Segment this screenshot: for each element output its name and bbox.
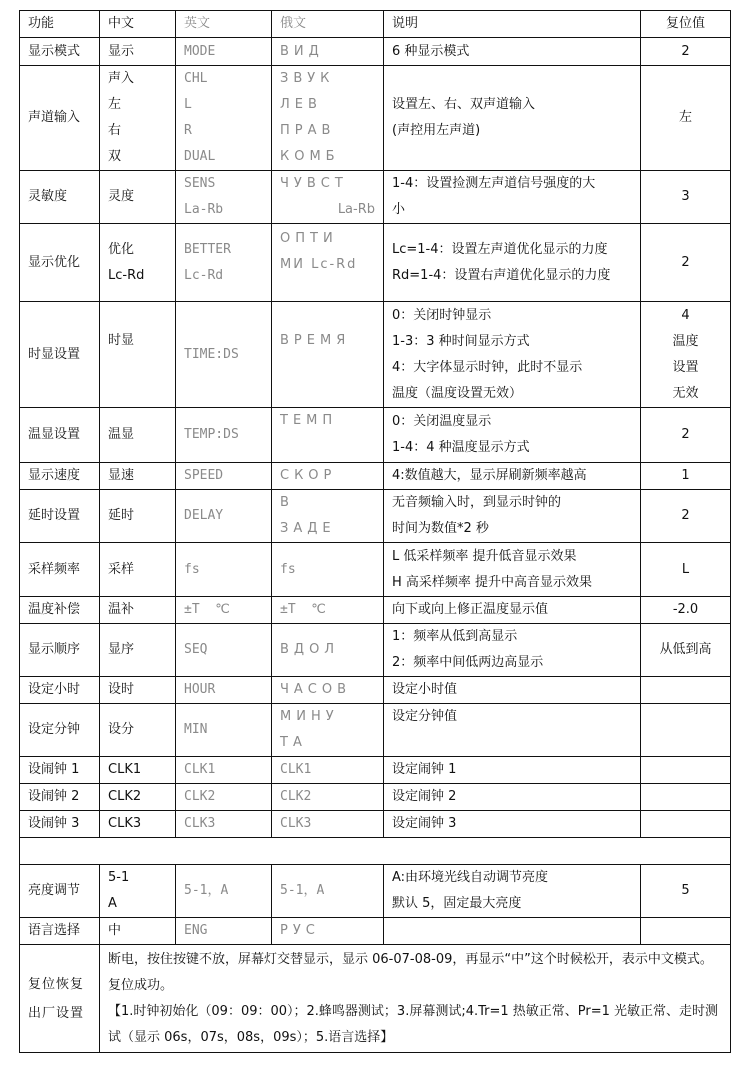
cell-func: 采样频率 <box>20 543 100 597</box>
cell-ru: ЧУВСТ La-Rb <box>272 171 384 224</box>
cell-reset: 3 <box>641 171 731 224</box>
cell-line: 设置左、右、双声道输入 <box>392 92 632 118</box>
cell-line: МИ Lc-Rd <box>280 252 375 278</box>
cell-reset: 2 <box>641 224 731 302</box>
cell-reset <box>641 811 731 838</box>
factory-reset-row: 复位恢复 出厂设置 断电，按住按键不放，屏幕灯交替显示，显示 06-07-08-… <box>20 945 731 1053</box>
table-row: 延时设置 延时 DELAY В ЗАДЕ 无音频输入时，到显示时钟的 时间为数值… <box>20 490 731 543</box>
cell-cn: 采样 <box>100 543 176 597</box>
cell-cn: 延时 <box>100 490 176 543</box>
cell-reset: 5 <box>641 865 731 918</box>
cell-desc: 0：关闭时钟显示 1-3：3 种时间显示方式 4：大字体显示时钟，此时不显示 温… <box>384 302 641 408</box>
cell-func: 显示顺序 <box>20 624 100 677</box>
cell-en: SEQ <box>176 624 272 677</box>
cell-func: 语言选择 <box>20 918 100 945</box>
cell-reset: 2 <box>641 38 731 66</box>
cell-ru: CLK2 <box>272 784 384 811</box>
cell-en: CLK3 <box>176 811 272 838</box>
cell-func: 设定分钟 <box>20 704 100 757</box>
cell-line: В <box>280 490 375 516</box>
cell-func: 亮度调节 <box>20 865 100 918</box>
cell-line: 右 <box>108 118 167 144</box>
table-row: 设闹钟 3 CLK3 CLK3 CLK3 设定闹钟 3 <box>20 811 731 838</box>
cell-line: H 高采样频率 提升中高音显示效果 <box>392 570 632 596</box>
cell-reset: L <box>641 543 731 597</box>
cell-func: 设闹钟 3 <box>20 811 100 838</box>
cell-cn: 优化 Lc-Rd <box>100 224 176 302</box>
cell-cn: CLK1 <box>100 757 176 784</box>
cell-ru: ЧАСОВ <box>272 677 384 704</box>
cell-ru: РУС <box>272 918 384 945</box>
cell-en: HOUR <box>176 677 272 704</box>
cell-en: TEMP:DS <box>176 408 272 463</box>
cell-en: ENG <box>176 918 272 945</box>
cell-line: La-Rb <box>280 197 375 223</box>
spacer-row <box>20 838 731 865</box>
cell-ru: ВРЕМЯ <box>272 302 384 408</box>
cell-func: 设闹钟 2 <box>20 784 100 811</box>
cell-ru: 5-1，A <box>272 865 384 918</box>
cell-line: R <box>184 118 263 144</box>
table-header-row: 功能 中文 英文 俄文 说明 复位值 <box>20 11 731 38</box>
cell-line: 左 <box>108 92 167 118</box>
cell-ru: МИНУ ТА <box>272 704 384 757</box>
cell-reset: 从低到高 <box>641 624 731 677</box>
cell-line: ЗАДЕ <box>280 516 375 542</box>
cell-cn: 设分 <box>100 704 176 757</box>
table-row: 设定小时 设时 HOUR ЧАСОВ 设定小时值 <box>20 677 731 704</box>
cell-desc: 无音频输入时，到显示时钟的 时间为数值*2 秒 <box>384 490 641 543</box>
cell-cn: CLK2 <box>100 784 176 811</box>
cell-line: МИНУ <box>280 704 375 730</box>
cell-func: 温显设置 <box>20 408 100 463</box>
cell-en: MIN <box>176 704 272 757</box>
header-desc: 说明 <box>384 11 641 38</box>
cell-reset <box>641 757 731 784</box>
cell-cn: 显速 <box>100 463 176 490</box>
cell-cn: 温显 <box>100 408 176 463</box>
cell-desc: 1-4：设置捡测左声道信号强度的大 小 <box>384 171 641 224</box>
cell-ru: ТЕМП <box>272 408 384 463</box>
table-row: 亮度调节 5-1 A 5-1，A 5-1，A A:由环境光线自动调节亮度 默认 … <box>20 865 731 918</box>
cell-desc: Lc=1-4：设置左声道优化显示的力度 Rd=1-4：设置右声道优化显示的力度 <box>384 224 641 302</box>
table-row: 设闹钟 2 CLK2 CLK2 CLK2 设定闹钟 2 <box>20 784 731 811</box>
table-row: 采样频率 采样 fs fs L 低采样频率 提升低音显示效果 H 高采样频率 提… <box>20 543 731 597</box>
cell-reset <box>641 784 731 811</box>
cell-line: 设置 <box>649 355 722 381</box>
table-row: 设闹钟 1 CLK1 CLK1 CLK1 设定闹钟 1 <box>20 757 731 784</box>
cell-ru: fs <box>272 543 384 597</box>
cell-func: 显示优化 <box>20 224 100 302</box>
note-paragraph-1: 断电，按住按键不放，屏幕灯交替显示，显示 06-07-08-09，再显示“中”这… <box>108 947 722 999</box>
cell-desc: L 低采样频率 提升低音显示效果 H 高采样频率 提升中高音显示效果 <box>384 543 641 597</box>
cell-line: L <box>184 92 263 118</box>
cell-func: 设定小时 <box>20 677 100 704</box>
cell-ru: СКОР <box>272 463 384 490</box>
cell-ru: ВДОЛ <box>272 624 384 677</box>
cell-desc: 向下或向上修正温度显示值 <box>384 597 641 624</box>
cell-line: Rd=1-4：设置右声道优化显示的力度 <box>392 263 632 289</box>
cell-line: Lc=1-4：设置左声道优化显示的力度 <box>392 237 632 263</box>
cell-desc: A:由环境光线自动调节亮度 默认 5，固定最大亮度 <box>384 865 641 918</box>
cell-line: 1-4：设置捡测左声道信号强度的大 <box>392 171 632 197</box>
table-row: 灵敏度 灵度 SENS La-Rb ЧУВСТ La-Rb 1-4：设置捡测左声… <box>20 171 731 224</box>
table-row: 显示速度 显速 SPEED СКОР 4:数值越大，显示屏刷新频率越高 1 <box>20 463 731 490</box>
cell-line: 声入 <box>108 66 167 92</box>
table-row: 声道输入 声入 左 右 双 CHL L R DUAL ЗВУК ЛЕВ ПРАВ… <box>20 66 731 171</box>
factory-reset-note: 断电，按住按键不放，屏幕灯交替显示，显示 06-07-08-09，再显示“中”这… <box>100 945 731 1053</box>
cell-ru: CLK1 <box>272 757 384 784</box>
cell-reset: 1 <box>641 463 731 490</box>
cell-desc: 4:数值越大，显示屏刷新频率越高 <box>384 463 641 490</box>
table-row: 显示顺序 显序 SEQ ВДОЛ 1：频率从低到高显示 2：频率中间低两边高显示… <box>20 624 731 677</box>
cell-func: 延时设置 <box>20 490 100 543</box>
cell-line: 1-4：4 种温度显示方式 <box>392 435 632 461</box>
cell-line: 无音频输入时，到显示时钟的 <box>392 490 632 516</box>
cell-line: ПРАВ <box>280 118 375 144</box>
cell-en: SENS La-Rb <box>176 171 272 224</box>
cell-en: SPEED <box>176 463 272 490</box>
header-func: 功能 <box>20 11 100 38</box>
table-row: 温显设置 温显 TEMP:DS ТЕМП 0：关闭温度显示 1-4：4 种温度显… <box>20 408 731 463</box>
cell-en: MODE <box>176 38 272 66</box>
cell-en: TIME:DS <box>176 302 272 408</box>
cell-cn: 声入 左 右 双 <box>100 66 176 171</box>
cell-line: 1：频率从低到高显示 <box>392 624 632 650</box>
header-cn: 中文 <box>100 11 176 38</box>
cell-line: 4 <box>649 303 722 329</box>
empty-cell <box>20 838 731 865</box>
cell-line: 时间为数值*2 秒 <box>392 516 632 542</box>
cell-line: 优化 <box>108 237 167 263</box>
cell-line: 2：频率中间低两边高显示 <box>392 650 632 676</box>
cell-line: SENS <box>184 171 263 197</box>
cell-line: L 低采样频率 提升低音显示效果 <box>392 544 632 570</box>
cell-line: 复位恢复 <box>28 970 91 999</box>
cell-func: 时显设置 <box>20 302 100 408</box>
cell-line: 双 <box>108 144 167 170</box>
cell-line: BETTER <box>184 237 263 263</box>
cell-func: 声道输入 <box>20 66 100 171</box>
cell-en: ±T ℃ <box>176 597 272 624</box>
cell-desc: 设定闹钟 3 <box>384 811 641 838</box>
cell-cn: 5-1 A <box>100 865 176 918</box>
cell-en: fs <box>176 543 272 597</box>
cell-line: 无效 <box>649 381 722 407</box>
cell-reset: 左 <box>641 66 731 171</box>
cell-line: A:由环境光线自动调节亮度 <box>392 865 632 891</box>
cell-cn: 显示 <box>100 38 176 66</box>
cell-ru: ±T ℃ <box>272 597 384 624</box>
header-en: 英文 <box>176 11 272 38</box>
function-table: 功能 中文 英文 俄文 说明 复位值 显示模式 显示 MODE ВИД 6 种显… <box>19 10 731 1053</box>
cell-desc <box>384 918 641 945</box>
cell-line: ЗВУК <box>280 66 375 92</box>
cell-line: Lc-Rd <box>108 263 167 289</box>
cell-line: 默认 5，固定最大亮度 <box>392 891 632 917</box>
cell-desc: 0：关闭温度显示 1-4：4 种温度显示方式 <box>384 408 641 463</box>
cell-reset <box>641 677 731 704</box>
cell-line: 5-1 <box>108 865 167 891</box>
cell-line: A <box>108 891 167 917</box>
cell-line: 小 <box>392 197 632 223</box>
cell-reset: 2 <box>641 490 731 543</box>
cell-ru: ВИД <box>272 38 384 66</box>
cell-func: 设闹钟 1 <box>20 757 100 784</box>
cell-line: CHL <box>184 66 263 92</box>
cell-line: 0：关闭时钟显示 <box>392 303 632 329</box>
cell-desc: 设定分钟值 <box>384 704 641 757</box>
cell-ru: ЗВУК ЛЕВ ПРАВ КОМБ <box>272 66 384 171</box>
cell-func: 复位恢复 出厂设置 <box>20 945 100 1053</box>
cell-cn: 设时 <box>100 677 176 704</box>
cell-cn: 显序 <box>100 624 176 677</box>
header-ru: 俄文 <box>272 11 384 38</box>
cell-desc: 设定小时值 <box>384 677 641 704</box>
cell-line: 出厂设置 <box>28 999 91 1028</box>
cell-reset <box>641 704 731 757</box>
header-reset: 复位值 <box>641 11 731 38</box>
cell-ru: CLK3 <box>272 811 384 838</box>
cell-en: CHL L R DUAL <box>176 66 272 171</box>
cell-cn: 时显 <box>100 302 176 408</box>
cell-line: ТА <box>280 730 375 756</box>
cell-line: 温度（温度设置无效） <box>392 381 632 407</box>
cell-en: DELAY <box>176 490 272 543</box>
cell-cn: 灵度 <box>100 171 176 224</box>
cell-line: 4：大字体显示时钟，此时不显示 <box>392 355 632 381</box>
table-row: 设定分钟 设分 MIN МИНУ ТА 设定分钟值 <box>20 704 731 757</box>
cell-desc: 设定闹钟 2 <box>384 784 641 811</box>
cell-reset: 2 <box>641 408 731 463</box>
table-row: 温度补偿 温补 ±T ℃ ±T ℃ 向下或向上修正温度显示值 -2.0 <box>20 597 731 624</box>
cell-line: Lc-Rd <box>184 263 263 289</box>
cell-line: La-Rb <box>184 197 263 223</box>
cell-line: ОПТИ <box>280 226 375 252</box>
cell-reset: -2.0 <box>641 597 731 624</box>
cell-line: КОМБ <box>280 144 375 170</box>
cell-reset <box>641 918 731 945</box>
cell-ru: В ЗАДЕ <box>272 490 384 543</box>
cell-en: 5-1，A <box>176 865 272 918</box>
cell-func: 温度补偿 <box>20 597 100 624</box>
table-row: 语言选择 中 ENG РУС <box>20 918 731 945</box>
note-paragraph-2: 【1.时钟初始化（09：09：00）；2.蜂鸣器测试；3.屏幕测试;4.Tr=1… <box>108 999 722 1051</box>
cell-cn: 中 <box>100 918 176 945</box>
cell-line: ЧУВСТ <box>280 171 375 197</box>
cell-func: 灵敏度 <box>20 171 100 224</box>
cell-cn: 温补 <box>100 597 176 624</box>
cell-line: DUAL <box>184 144 263 170</box>
cell-line: 1-3：3 种时间显示方式 <box>392 329 632 355</box>
cell-line: 0：关闭温度显示 <box>392 409 632 435</box>
cell-desc: 设定闹钟 1 <box>384 757 641 784</box>
cell-desc: 1：频率从低到高显示 2：频率中间低两边高显示 <box>384 624 641 677</box>
table-row: 显示模式 显示 MODE ВИД 6 种显示模式 2 <box>20 38 731 66</box>
cell-desc: 设置左、右、双声道输入 (声控用左声道) <box>384 66 641 171</box>
cell-en: CLK1 <box>176 757 272 784</box>
cell-line: 温度 <box>649 329 722 355</box>
cell-desc: 6 种显示模式 <box>384 38 641 66</box>
cell-cn: CLK3 <box>100 811 176 838</box>
cell-en: CLK2 <box>176 784 272 811</box>
cell-en: BETTER Lc-Rd <box>176 224 272 302</box>
cell-func: 显示速度 <box>20 463 100 490</box>
cell-line: (声控用左声道) <box>392 118 632 144</box>
cell-reset: 4 温度 设置 无效 <box>641 302 731 408</box>
cell-line: ЛЕВ <box>280 92 375 118</box>
cell-ru: ОПТИ МИ Lc-Rd <box>272 224 384 302</box>
table-row: 显示优化 优化 Lc-Rd BETTER Lc-Rd ОПТИ МИ Lc-Rd… <box>20 224 731 302</box>
cell-func: 显示模式 <box>20 38 100 66</box>
table-row: 时显设置 时显 TIME:DS ВРЕМЯ 0：关闭时钟显示 1-3：3 种时间… <box>20 302 731 408</box>
